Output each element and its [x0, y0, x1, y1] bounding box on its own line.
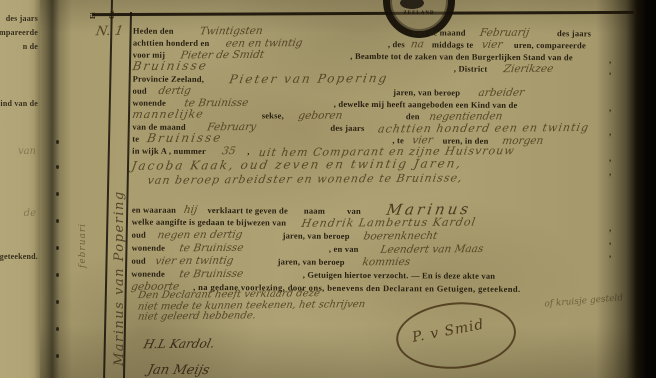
- act-body: Heden denTwintigstenvan de maandFebruari…: [0, 0, 656, 378]
- official-signature: P. v Smid: [411, 317, 486, 346]
- handwritten-entry: van beroep arbeidster en wonende te Brui…: [147, 171, 464, 186]
- witness-signature: Jan Meijs: [146, 363, 211, 378]
- witness-signature: H.L Kardol.: [142, 336, 216, 351]
- closing-hand-line: niet geleerd hebbende.: [137, 310, 257, 322]
- document-scan: des jaars ren, compareerde n de en Kind …: [0, 0, 656, 378]
- official-signature-oval: P. v Smid: [394, 298, 519, 374]
- act-line: van beroep arbeidster en wonende te Brui…: [132, 169, 597, 190]
- book-edge-shadow: [596, 0, 656, 378]
